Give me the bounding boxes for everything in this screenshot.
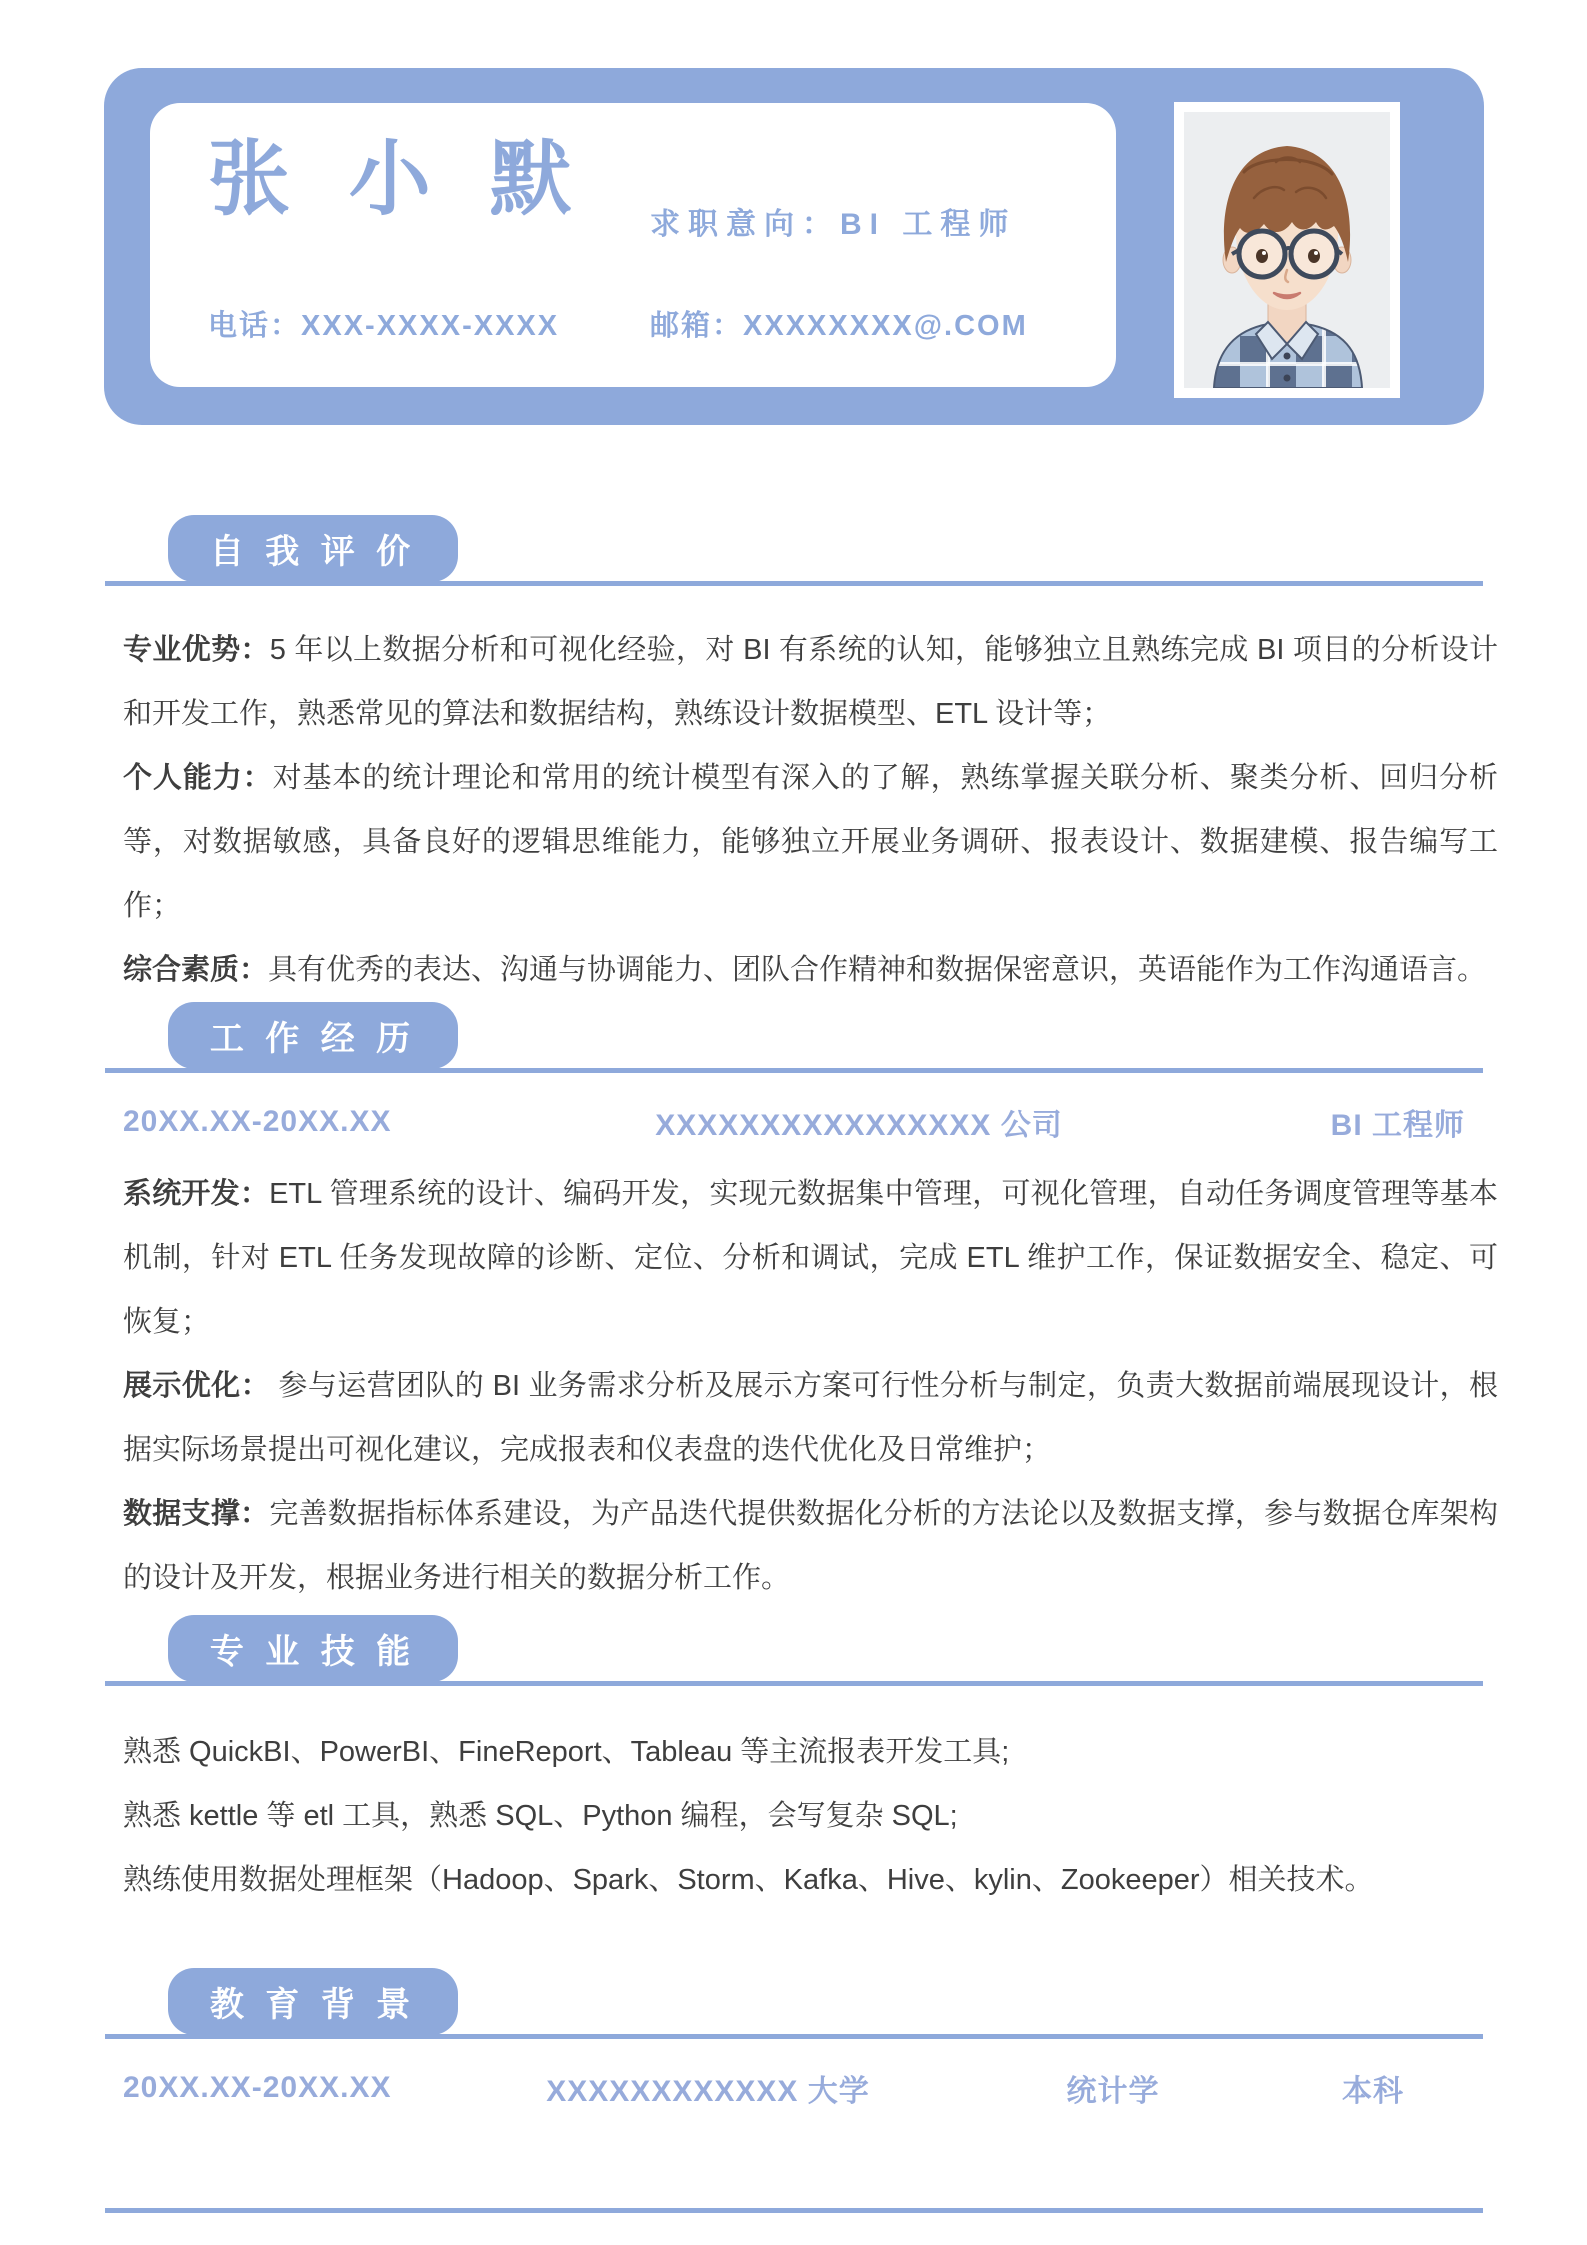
- email-label: 邮箱：: [650, 310, 743, 342]
- page-bottom-divider: [105, 2208, 1483, 2213]
- profile-photo: [1174, 102, 1400, 398]
- paragraph: 专业优势：5 年以上数据分析和可视化经验，对 BI 有系统的认知，能够独立且熟练…: [123, 618, 1498, 746]
- section-title-skills: 专 业 技 能: [168, 1615, 458, 1682]
- paragraph-text: 完善数据指标体系建设，为产品迭代提供数据化分析的方法论以及数据支撑，参与数据仓库…: [123, 1498, 1498, 1594]
- education-period: 20XX.XX-20XX.XX: [123, 2071, 453, 2105]
- paragraph: 综合素质：具有优秀的表达、沟通与协调能力、团队合作精神和数据保密意识，英语能作为…: [123, 938, 1498, 1002]
- education-school: XXXXXXXXXXXX 大学: [453, 2066, 963, 2110]
- paragraph-label: 专业优势：: [123, 634, 270, 666]
- education-major: 统计学: [963, 2066, 1263, 2110]
- work-meta-row: 20XX.XX-20XX.XX XXXXXXXXXXXXXXXX 公司 BI 工…: [123, 1100, 1483, 1144]
- paragraph-label: 综合素质：: [123, 954, 268, 986]
- header-banner: 张 小 默 求职意向：BI 工程师 电话：XXX-XXXX-XXXX 邮箱：XX…: [104, 68, 1484, 425]
- paragraph-text: 具有优秀的表达、沟通与协调能力、团队合作精神和数据保密意识，英语能作为工作沟通语…: [268, 954, 1486, 986]
- section-skills-header: 专 业 技 能: [0, 1615, 1587, 1690]
- section-education-header: 教 育 背 景: [0, 1968, 1587, 2043]
- email-row: 邮箱：XXXXXXXX@.COM: [650, 303, 1028, 344]
- paragraph-label: 系统开发：: [123, 1178, 269, 1210]
- phone-label: 电话：: [208, 310, 301, 342]
- paragraph: 展示优化： 参与运营团队的 BI 业务需求分析及展示方案可行性分析与制定，负责大…: [123, 1354, 1498, 1482]
- candidate-name: 张 小 默: [208, 139, 590, 221]
- header-card: 张 小 默 求职意向：BI 工程师 电话：XXX-XXXX-XXXX 邮箱：XX…: [150, 103, 1116, 387]
- skill-item: 熟悉 kettle 等 etl 工具，熟悉 SQL、Python 编程，会写复杂…: [123, 1784, 1498, 1848]
- paragraph: 系统开发：ETL 管理系统的设计、编码开发，实现元数据集中管理，可视化管理，自动…: [123, 1162, 1498, 1354]
- section-self-evaluation-header: 自 我 评 价: [0, 515, 1587, 590]
- paragraph: 数据支撑：完善数据指标体系建设，为产品迭代提供数据化分析的方法论以及数据支撑，参…: [123, 1482, 1498, 1610]
- phone-row: 电话：XXX-XXXX-XXXX: [208, 303, 559, 344]
- skill-item: 熟悉 QuickBI、PowerBI、FineReport、Tableau 等主…: [123, 1720, 1498, 1784]
- phone-value: XXX-XXXX-XXXX: [301, 310, 559, 342]
- paragraph: 个人能力：对基本的统计理论和常用的统计模型有深入的了解，熟练掌握关联分析、聚类分…: [123, 746, 1498, 938]
- portrait-illustration-icon: [1184, 112, 1390, 388]
- education-meta-row: 20XX.XX-20XX.XX XXXXXXXXXXXX 大学 统计学 本科: [123, 2066, 1483, 2110]
- paragraph-label: 个人能力：: [123, 762, 273, 794]
- paragraph-label: 展示优化：: [123, 1370, 270, 1402]
- paragraph-text: 参与运营团队的 BI 业务需求分析及展示方案可行性分析与制定，负责大数据前端展现…: [123, 1370, 1498, 1466]
- email-value: XXXXXXXX@.COM: [743, 310, 1028, 342]
- self-evaluation-text: 专业优势：5 年以上数据分析和可视化经验，对 BI 有系统的认知，能够独立且熟练…: [123, 618, 1498, 1002]
- work-experience-text: 系统开发：ETL 管理系统的设计、编码开发，实现元数据集中管理，可视化管理，自动…: [123, 1162, 1498, 1610]
- work-company: XXXXXXXXXXXXXXXX 公司: [453, 1100, 1265, 1144]
- section-title-education: 教 育 背 景: [168, 1968, 458, 2035]
- skill-item: 熟练使用数据处理框架（Hadoop、Spark、Storm、Kafka、Hive…: [123, 1848, 1498, 1912]
- job-intention: 求职意向：BI 工程师: [650, 199, 1016, 243]
- paragraph-label: 数据支撑：: [123, 1498, 269, 1530]
- work-period: 20XX.XX-20XX.XX: [123, 1105, 453, 1139]
- skills-text: 熟悉 QuickBI、PowerBI、FineReport、Tableau 等主…: [123, 1720, 1498, 1912]
- section-title-self-evaluation: 自 我 评 价: [168, 515, 458, 582]
- paragraph-text: ETL 管理系统的设计、编码开发，实现元数据集中管理，可视化管理，自动任务调度管…: [123, 1178, 1498, 1338]
- paragraph-text: 对基本的统计理论和常用的统计模型有深入的了解，熟练掌握关联分析、聚类分析、回归分…: [123, 762, 1498, 922]
- work-position: BI 工程师: [1265, 1100, 1483, 1144]
- paragraph-text: 5 年以上数据分析和可视化经验，对 BI 有系统的认知，能够独立且熟练完成 BI…: [123, 634, 1498, 730]
- section-work-experience-header: 工 作 经 历: [0, 1002, 1587, 1077]
- education-degree: 本科: [1263, 2066, 1483, 2110]
- section-title-work-experience: 工 作 经 历: [168, 1002, 458, 1069]
